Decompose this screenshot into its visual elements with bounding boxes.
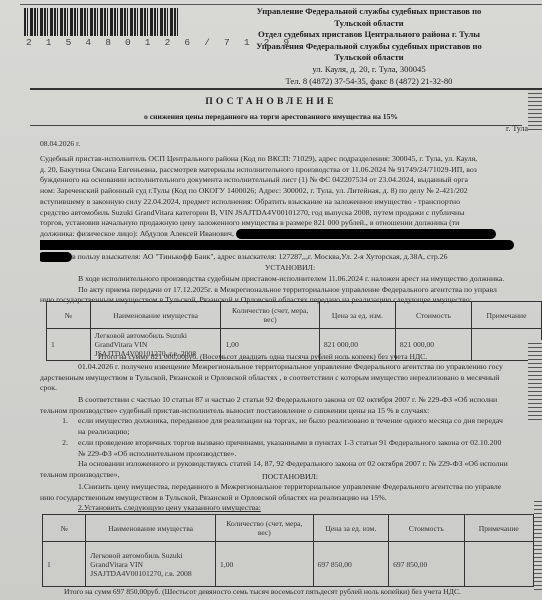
creditor-text: в пользу взыскателя: АО "Тинькофф Банк",… bbox=[72, 252, 448, 261]
law-paragraph: В соответствии с частью 10 статьи 87 и ч… bbox=[40, 395, 540, 481]
resolved-paragraph: 1.Снизить цену имущества, переданного в … bbox=[40, 482, 540, 514]
property-table-reduced: №Наименование имуществаКоличество (счет,… bbox=[42, 514, 534, 587]
column-header: Примечание bbox=[464, 515, 533, 542]
text-line: Судебный пристав-исполнитель ОСП Централ… bbox=[40, 154, 540, 165]
table-cell: 697 850,00 bbox=[389, 542, 464, 587]
debtor-line: должника: физическое лицо): Абдулов Алек… bbox=[40, 229, 540, 240]
table-cell: Легковой автомобиль Suzuki GrandVitara V… bbox=[86, 542, 216, 587]
column-header: Количество (счет, мера, вес) bbox=[221, 302, 319, 329]
text-line: На основании изложенного и руководствуяс… bbox=[40, 459, 540, 470]
text-line: В ходе исполнительного производства суде… bbox=[40, 274, 540, 285]
page-top-edge bbox=[20, 4, 542, 5]
debtor-name: должника: физическое лицо): Абдулов Алек… bbox=[40, 229, 234, 238]
text-line: дарственным имуществом в Тульской, Рязан… bbox=[40, 373, 540, 384]
org-line: Управления Федеральной службы судебных п… bbox=[254, 41, 484, 53]
scan-edge-artifact bbox=[534, 500, 542, 590]
text-line: средство автомобиль Suzuki GrandVitara к… bbox=[40, 208, 540, 219]
table-cell: 697 850,00 bbox=[313, 542, 388, 587]
column-header: Цена за ед. изм. bbox=[319, 302, 395, 329]
column-header: Стоимость bbox=[389, 515, 464, 542]
text-line: тельном производстве» судебный пристав-и… bbox=[40, 406, 540, 417]
text-line: нию государственным имуществом в Тульско… bbox=[40, 493, 540, 504]
established-heading: УСТАНОВИЛ: bbox=[40, 263, 540, 274]
column-header: № bbox=[43, 515, 86, 542]
case-number: 1. bbox=[40, 416, 78, 427]
column-header: Примечание bbox=[471, 302, 541, 329]
redaction-mark bbox=[40, 240, 514, 250]
title-divider bbox=[30, 125, 522, 126]
text-line: 2.Установить следующую цену указанного и… bbox=[78, 503, 261, 512]
text-line: бужденного на основании исполнительного … bbox=[40, 175, 540, 186]
text-line: 01.04.2026 г. получено извещение Межреги… bbox=[40, 362, 540, 373]
text-line: По акту приема передачи от 17.12.2025г. … bbox=[40, 285, 540, 296]
table-header-row: №Наименование имуществаКоличество (счет,… bbox=[47, 302, 542, 329]
heading-text: УСТАНОВИЛ: bbox=[40, 263, 540, 274]
document-page: 2 1 5 4 8 0 1 2 6 / 7 1 2 9 Управление Ф… bbox=[0, 0, 542, 600]
case-item: 2.если проведение вторичных торгов вызва… bbox=[40, 438, 540, 449]
org-line: Отдел судебных приставов Центрального ра… bbox=[254, 29, 484, 41]
text-line: В соответствии с частью 10 статьи 87 и ч… bbox=[40, 395, 540, 406]
column-header: Стоимость bbox=[395, 302, 471, 329]
table-cell: 1 bbox=[43, 542, 86, 587]
table-cell bbox=[464, 542, 533, 587]
barcode bbox=[24, 8, 179, 36]
creditor-line: в пользу взыскателя: АО "Тинькофф Банк",… bbox=[40, 252, 540, 263]
column-header: Цена за ед. изм. bbox=[313, 515, 388, 542]
table-row: 1Легковой автомобиль Suzuki GrandVitara … bbox=[43, 542, 534, 587]
case-item: 1.если имущество должника, переданное дл… bbox=[40, 416, 540, 427]
issuing-authority-header: Управление Федеральной службы судебных п… bbox=[254, 6, 484, 87]
column-header: Наименование имущества bbox=[90, 302, 221, 329]
column-header: Наименование имущества bbox=[86, 515, 216, 542]
document-title: ПОСТАНОВЛЕНИЕ bbox=[0, 97, 542, 107]
redaction-mark bbox=[236, 229, 496, 239]
intro-paragraph: Судебный пристав-исполнитель ОСП Централ… bbox=[40, 154, 540, 250]
case-number: 2. bbox=[40, 438, 78, 449]
org-line: Тульской области bbox=[254, 52, 484, 64]
table-cell: 1,00 bbox=[216, 542, 314, 587]
creditor-line-wrap: в пользу взыскателя: АО "Тинькофф Банк",… bbox=[40, 252, 540, 263]
scan-edge-artifact bbox=[528, 90, 542, 130]
notice-paragraph: 01.04.2026 г. получено извещение Межреги… bbox=[40, 362, 540, 394]
column-header: Количество (счет, мера, вес) bbox=[216, 515, 314, 542]
document-city: г. Тула bbox=[506, 124, 528, 133]
org-line: Тульской области bbox=[254, 18, 484, 30]
text-line: д. 20, Бакутина Оксана Евгеньевна, рассм… bbox=[40, 165, 540, 176]
redacted-line bbox=[40, 240, 540, 251]
text-line: вступившему в законную силу 22.04.2024, … bbox=[40, 197, 540, 208]
text-line: ном: Зареченский районный суд г.Тулы (Ко… bbox=[40, 186, 540, 197]
text-line: торгов, установив начальную продажную це… bbox=[40, 218, 540, 229]
org-phone: Тел. 8 (4872) 37-54-35, факс 8 (4872) 21… bbox=[254, 76, 484, 88]
scan-edge-artifact bbox=[528, 340, 542, 420]
case-text: № 229-ФЗ «Об исполнительном производстве… bbox=[40, 449, 540, 460]
org-address: ул. Кауля, д. 20, г. Тула, 300045 bbox=[254, 64, 484, 76]
header-divider bbox=[30, 88, 542, 90]
org-line: Управление Федеральной службы судебных п… bbox=[254, 6, 484, 18]
case-text: если проведение вторичных торгов вызвано… bbox=[78, 438, 501, 447]
text-line: срок. bbox=[40, 383, 540, 394]
table-cell: 1 bbox=[47, 329, 91, 361]
redaction-mark bbox=[40, 252, 72, 262]
document-date: 08.04.2026 г. bbox=[40, 139, 80, 148]
text-line: 1.Снизить цену имущества, переданного в … bbox=[40, 482, 540, 493]
column-header: № bbox=[47, 302, 91, 329]
document-subtitle: о снижения цены переданного на торги аре… bbox=[0, 112, 542, 121]
case-text: на реализацию; bbox=[40, 427, 540, 438]
total-original: Итого на сумму 821 000,00руб. (Восемьсот… bbox=[98, 352, 427, 361]
case-text: если имущество должника, переданное для … bbox=[78, 416, 503, 425]
total-reduced: Итого на сумм 697 850,00руб. (Шестьсот д… bbox=[64, 587, 461, 596]
table-header-row: №Наименование имуществаКоличество (счет,… bbox=[43, 515, 534, 542]
